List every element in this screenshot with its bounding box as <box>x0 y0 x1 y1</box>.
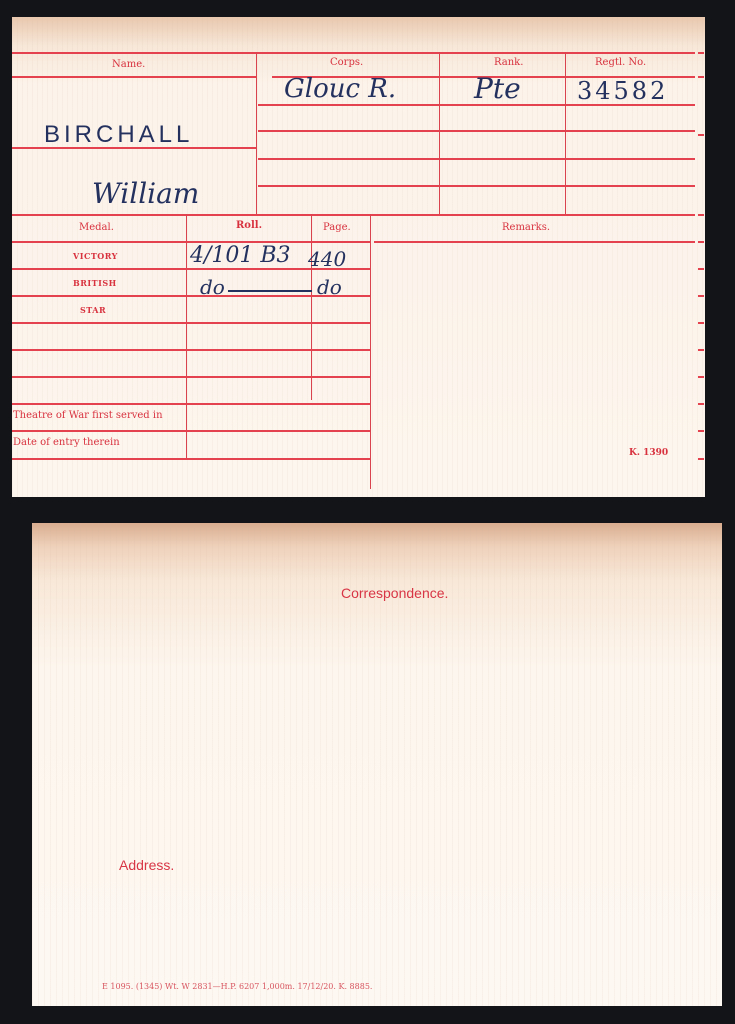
tick-mark <box>698 214 704 216</box>
rule <box>12 403 370 405</box>
tick-mark <box>698 376 704 378</box>
rule <box>12 376 370 378</box>
tick-mark <box>698 349 704 351</box>
tick-mark <box>698 295 704 297</box>
rule <box>258 158 695 160</box>
page-header: Page. <box>323 222 351 233</box>
theatre-label: Theatre of War first served in <box>13 410 163 421</box>
rule <box>439 52 440 214</box>
rule <box>12 76 256 78</box>
victory-roll: 4/101 B3 <box>190 243 291 268</box>
british-roll: do <box>200 275 225 299</box>
rule <box>186 214 187 459</box>
tick-mark <box>698 403 704 405</box>
ditto-stroke <box>228 290 312 292</box>
tick-mark <box>698 430 704 432</box>
rule <box>565 52 566 214</box>
rule <box>258 185 695 187</box>
medal-card-back: Correspondence. Address. E 1095. (1345) … <box>32 523 722 1006</box>
medal-label-star: STAR <box>80 305 106 315</box>
rule <box>12 349 370 351</box>
tick-mark <box>698 52 704 54</box>
medal-card-front: Name. Corps. Rank. Regtl. No. BIRCHALL W… <box>12 17 705 497</box>
remarks-header: Remarks. <box>502 222 550 233</box>
rule <box>12 214 695 216</box>
rank-header: Rank. <box>494 57 523 68</box>
rank-value: Pte <box>474 72 521 105</box>
tick-mark <box>698 322 704 324</box>
tick-mark <box>698 134 704 136</box>
forename: William <box>92 177 199 210</box>
rule <box>256 52 257 214</box>
roll-header: Roll. <box>236 220 262 231</box>
rule <box>12 322 370 324</box>
rule <box>12 430 370 432</box>
corps-value: Glouc R. <box>284 74 396 104</box>
british-page: do <box>317 275 342 299</box>
form-code: K. 1390 <box>629 448 668 458</box>
regtl-no-header: Regtl. No. <box>595 57 646 68</box>
correspondence-label: Correspondence. <box>341 585 448 601</box>
medal-label-victory: VICTORY <box>73 251 118 261</box>
medal-header: Medal. <box>79 222 114 233</box>
printer-imprint: E 1095. (1345) Wt. W 2831—H.P. 6207 1,00… <box>102 982 372 991</box>
surname: BIRCHALL <box>44 121 193 149</box>
address-label: Address. <box>119 857 174 873</box>
corps-header: Corps. <box>330 57 363 68</box>
tick-mark <box>698 76 704 78</box>
medal-label-british: BRITISH <box>73 278 117 288</box>
tick-mark <box>698 268 704 270</box>
date-entry-label: Date of entry therein <box>13 437 120 448</box>
rule <box>12 52 695 54</box>
rule <box>12 458 370 460</box>
rule <box>374 241 695 243</box>
tick-mark <box>698 458 704 460</box>
tick-mark <box>698 241 704 243</box>
rule <box>258 130 695 132</box>
name-header: Name. <box>112 59 145 70</box>
victory-page: 440 <box>308 247 346 271</box>
rule <box>370 214 371 489</box>
regtl-no-value: 34582 <box>577 77 668 105</box>
